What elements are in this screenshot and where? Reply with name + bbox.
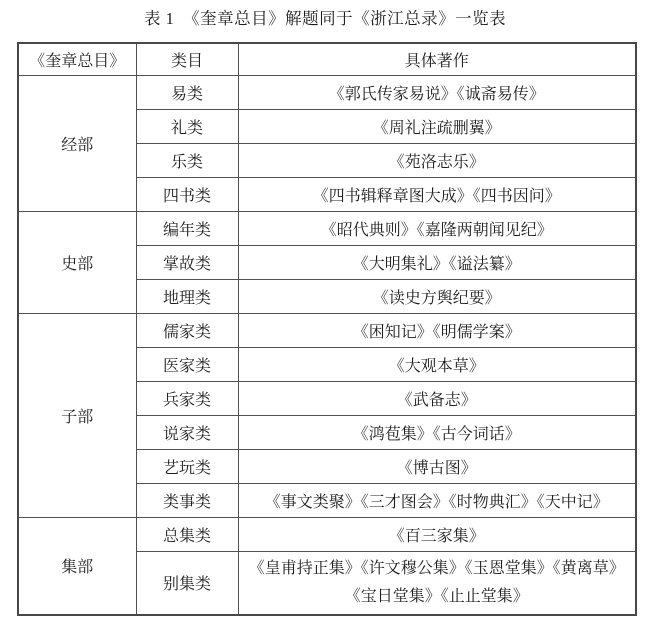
- works-cell: 《博古图》: [238, 449, 636, 483]
- category-cell: 地理类: [136, 279, 238, 313]
- category-cell: 兵家类: [136, 381, 238, 415]
- table-row: 史部 编年类 《昭代典则》《嘉隆两朝闻见纪》: [18, 211, 636, 245]
- category-cell: 别集类: [136, 551, 238, 615]
- table-row: 子部 儒家类 《困知记》《明儒学案》: [18, 313, 636, 347]
- section-cell-zibu: 子部: [18, 313, 136, 517]
- works-cell: 《大明集礼》《谥法纂》: [238, 245, 636, 279]
- works-cell: 《周礼注疏删翼》: [238, 109, 636, 143]
- table-row: 集部 总集类 《百三家集》: [18, 517, 636, 551]
- category-cell: 说家类: [136, 415, 238, 449]
- category-cell: 掌故类: [136, 245, 238, 279]
- category-cell: 类事类: [136, 483, 238, 517]
- works-cell: 《鸿苞集》《古今词话》: [238, 415, 636, 449]
- category-cell: 礼类: [136, 109, 238, 143]
- header-row: 《奎章总目》 类目 具体著作: [18, 43, 636, 75]
- header-juti-zhuzuo: 具体著作: [238, 43, 636, 75]
- works-cell: 《苑洛志乐》: [238, 143, 636, 177]
- category-cell: 乐类: [136, 143, 238, 177]
- category-cell: 易类: [136, 75, 238, 109]
- category-cell: 编年类: [136, 211, 238, 245]
- category-cell: 医家类: [136, 347, 238, 381]
- category-cell: 艺玩类: [136, 449, 238, 483]
- works-cell: 《皇甫持正集》《许文穆公集》《玉恩堂集》《黄离草》 《宝日堂集》《止止堂集》: [238, 551, 636, 615]
- section-cell-shibu: 史部: [18, 211, 136, 313]
- category-cell: 总集类: [136, 517, 238, 551]
- works-cell: 《困知记》《明儒学案》: [238, 313, 636, 347]
- works-cell: 《读史方舆纪要》: [238, 279, 636, 313]
- works-line-2: 《宝日堂集》《止止堂集》: [241, 583, 634, 611]
- section-cell-jibu: 集部: [18, 517, 136, 615]
- works-cell: 《四书辑释章图大成》《四书因问》: [238, 177, 636, 211]
- works-cell: 《百三家集》: [238, 517, 636, 551]
- header-kuizhang-zongmu: 《奎章总目》: [18, 43, 136, 75]
- works-cell: 《武备志》: [238, 381, 636, 415]
- category-cell: 儒家类: [136, 313, 238, 347]
- works-cell: 《郭氏传家易说》《诚斋易传》: [238, 75, 636, 109]
- category-cell: 四书类: [136, 177, 238, 211]
- works-cell: 《昭代典则》《嘉隆两朝闻见纪》: [238, 211, 636, 245]
- table-row: 经部 易类 《郭氏传家易说》《诚斋易传》: [18, 75, 636, 109]
- works-line-1: 《皇甫持正集》《许文穆公集》《玉恩堂集》《黄离草》: [241, 555, 634, 583]
- table-caption: 表 1 《奎章总目》解题同于《浙江总录》一览表: [0, 0, 650, 30]
- works-cell: 《事文类聚》《三才图会》《时物典汇》《天中记》: [238, 483, 636, 517]
- catalog-table: 《奎章总目》 类目 具体著作 经部 易类 《郭氏传家易说》《诚斋易传》 礼类 《…: [17, 42, 637, 616]
- works-cell: 《大观本草》: [238, 347, 636, 381]
- header-leimu: 类目: [136, 43, 238, 75]
- section-cell-jingbu: 经部: [18, 75, 136, 211]
